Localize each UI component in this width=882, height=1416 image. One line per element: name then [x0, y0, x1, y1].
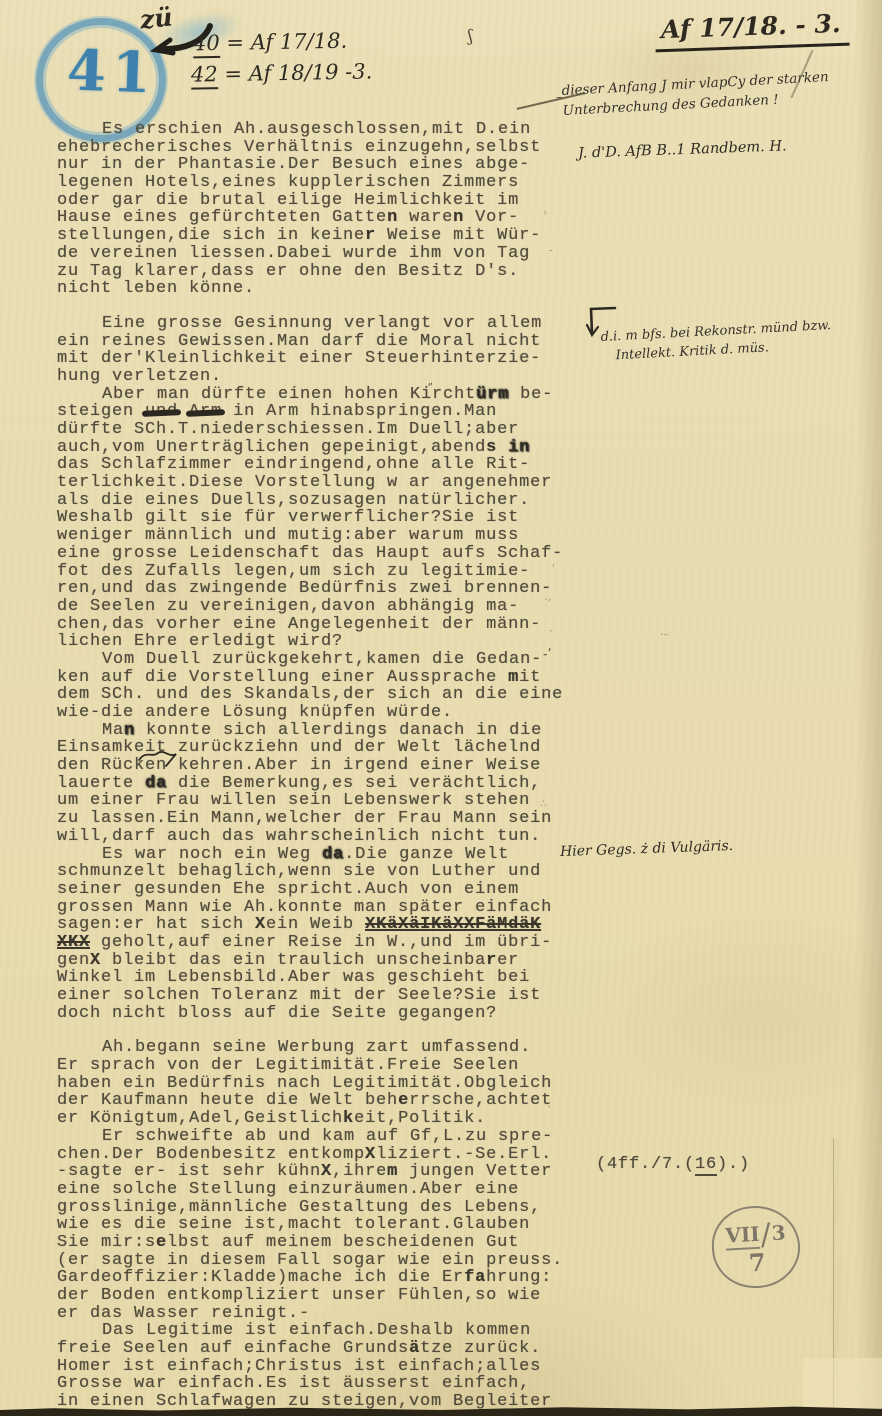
typescript-line: nicht leben könne. — [57, 280, 587, 298]
header-margin-note: dieser Anfang J mir vlapCy der starken U… — [561, 67, 830, 121]
typescript-line: will,darf auch das wahrscheinlich nicht … — [57, 828, 587, 846]
typescript-blank-line — [57, 298, 587, 315]
typescript-text: auch,vom Unerträglichen gepeinigt,abend — [57, 438, 486, 457]
typescript-text: wie es die seine ist,macht tolerant.Glau… — [57, 1215, 530, 1234]
typescript-line: schmunzelt behaglich,wenn sie von Luther… — [57, 863, 587, 881]
typescript-line: Er sprach von der Legitimität.Freie Seel… — [57, 1057, 587, 1075]
typescript-text: ware — [398, 208, 453, 227]
typescript-line: Grosse war einfach.Es ist äusserst einfa… — [57, 1375, 587, 1393]
pencil-badge-right: 3 — [771, 1220, 786, 1245]
typescript-line: -sagte er- ist sehr kühnX,ihrem jungen V… — [57, 1163, 587, 1181]
typescript-text: m — [508, 668, 519, 687]
typescript-text: weniger männlich und mutig:aber warum mu… — [57, 526, 519, 545]
typescript-text: X — [321, 1162, 332, 1181]
typescript-text: nicht leben könne. — [57, 279, 255, 298]
typescript-line: grossen Mann wie Ah.konnte man später ei… — [57, 899, 587, 917]
typescript-line: fot des Zufalls legen,um sich zu legitim… — [57, 563, 587, 581]
typescript-text: der Boden entkompliziert unser Fühlen,so… — [57, 1286, 541, 1305]
typescript-text: dem SCh. und des Skandals,der sich an di… — [57, 685, 563, 704]
typescript-text: stellungen,die sich in keine — [57, 226, 365, 245]
typescript-text: Gardeoffizier:Kladde)mache ich die Er — [57, 1268, 464, 1287]
typescript-text: bleibt das ein traulich unscheinba — [101, 951, 486, 970]
typescript-line: auch,vom Unerträglichen gepeinigt,abends… — [57, 439, 587, 457]
typescript-line: lauerte da die Bemerkung,es sei verächtl… — [57, 775, 587, 793]
pencil-badge-circle: VII/3 7 — [710, 1204, 802, 1290]
folio-ref-2-text: = Af 18/19 -3. — [224, 59, 372, 86]
typescript-line: genX bleibt das ein traulich unscheinbar… — [57, 952, 587, 970]
typescript-text: schmunzelt behaglich,wenn sie von Luther… — [57, 862, 541, 881]
typescript-text: ä — [409, 1339, 420, 1358]
typescript-line: hung verletzen. — [57, 368, 587, 386]
typescript-line: Homer ist einfach;Christus ist einfach;a… — [57, 1358, 587, 1376]
typescript-text: ,ihre — [332, 1162, 387, 1181]
folio-ref-2-number: 42 — [191, 62, 218, 89]
typescript-text: de Seelen zu vereinigen,davon abhängig m… — [57, 597, 519, 616]
header-signature: Af 17/18. - 3. — [654, 9, 849, 53]
typescript-text: (er sagte in diesem Fall sogar wie ein p… — [57, 1251, 563, 1270]
manuscript-page: { "colors":{"paper":"#e9deb3","type_ink"… — [0, 0, 882, 1416]
typescript-line: eine solche Stellung einzuräumen.Aber ei… — [57, 1181, 587, 1199]
typescript-line: eine grosse Leidenschaft das Haupt aufs … — [57, 545, 587, 563]
typescript-text: doch nicht bloss auf die Seite gegangen? — [57, 1004, 497, 1023]
typescript-text: n — [387, 208, 398, 227]
typescript-text: haben ein Bedürfnis nach Legitimität.Obg… — [57, 1074, 552, 1093]
typescript-line: mit der'Kleinlichkeit einer Steuerhinter… — [57, 350, 587, 368]
typescript-line: er das Wasser reinigt.- — [57, 1305, 587, 1323]
typescript-line: Gardeoffizier:Kladde)mache ich die Erfah… — [57, 1269, 587, 1287]
typescript-line: um einer Frau willen sein Lebenswerk ste… — [57, 792, 587, 810]
typescript-text: zu lassen.Ein Mann,welcher der Frau Mann… — [57, 809, 552, 828]
typescript-text: er Königtum,Adel,Geistlich — [57, 1109, 343, 1128]
typescript-text: tze zurück. — [420, 1339, 541, 1358]
typescript-line: in einen Schlafwagen zu steigen,vom Begl… — [57, 1393, 587, 1411]
typescript-text: da — [145, 774, 167, 793]
typescript-line: Sie mir:selbst auf meinem bescheidenen G… — [57, 1234, 587, 1252]
typescript-line: Aber man dürfte einen hohen Kirchtürm be… — [57, 386, 587, 404]
typescript-line: XKX geholt,auf einer Reise in W.,und im … — [57, 934, 587, 952]
typescript-line: Ah.begann seine Werbung zart umfassend. — [57, 1039, 587, 1057]
typescript-text: grosslinige,männliche Gestaltung des Leb… — [57, 1198, 541, 1217]
typescript-text: fot des Zufalls legen,um sich zu legitim… — [57, 562, 530, 581]
typescript-text: rrsche,achtet — [409, 1091, 552, 1110]
typescript-text: er das Wasser reinigt.- — [57, 1304, 310, 1323]
typescript-line: freie Seelen auf einfache Grundsätze zur… — [57, 1340, 587, 1358]
typescript-text: konnte sich allerdings danach in die — [135, 721, 542, 740]
typescript-text: r — [486, 951, 497, 970]
folio-ref-2: 42 = Af 18/19 -3. — [191, 59, 373, 86]
typescript-text: Ma — [102, 721, 124, 740]
typescript-text: eine grosse Leidenschaft das Haupt aufs … — [57, 544, 563, 563]
typescript-text: Er sprach von der Legitimität.Freie Seel… — [57, 1056, 519, 1075]
typescript-line: Es erschien Ah.ausgeschlossen,mit D.ein — [57, 121, 587, 139]
typescript-line: Eine grosse Gesinnung verlangt vor allem — [57, 315, 587, 333]
typescript-text: s — [486, 438, 497, 457]
typescript-line: Hause eines gefürchteten Gatten waren Vo… — [57, 209, 587, 227]
typescript-line: stellungen,die sich in keiner Weise mit … — [57, 227, 587, 245]
typescript-text: hrung: — [486, 1268, 552, 1287]
typescript-line: dürfte SCh.T.niederschiessen.Im Duell;ab… — [57, 421, 587, 439]
typescript-line: zu lassen.Ein Mann,welcher der Frau Mann… — [57, 810, 587, 828]
typescript-text: geholt,auf einer Reise in W.,und im übri… — [90, 933, 552, 952]
typescript-text: ein reines Gewissen.Man darf die Moral n… — [57, 332, 541, 351]
typescript-text: X — [365, 1145, 376, 1164]
typed-reference-post: ).) — [717, 1155, 750, 1174]
typescript-text: Das Legitime ist einfach.Deshalb kommen — [102, 1321, 531, 1340]
typescript-text: da — [322, 845, 344, 864]
typescript-line: lichen Ehre erledigt wird? — [57, 633, 587, 651]
typescript-text: Vor- — [464, 208, 519, 227]
typescript-text: ken auf die Vorstellung einer Aussprache — [57, 668, 508, 687]
margin-note-rekonstr: d.i. m bfs. bei Rekonstr. münd bzw. Inte… — [600, 316, 832, 366]
typescript-text: Es war noch ein Weg — [102, 845, 322, 864]
typescript-line: Vom Duell zurückgekehrt,kamen die Gedan- — [57, 651, 587, 669]
typescript-line: haben ein Bedürfnis nach Legitimität.Obg… — [57, 1075, 587, 1093]
typescript-line: ein reines Gewissen.Man darf die Moral n… — [57, 333, 587, 351]
typescript-text: Einsamkeit zurückziehn und der Welt läch… — [57, 738, 541, 757]
paper-corner-patch — [803, 1358, 882, 1412]
typescript-text: die Bemerkung,es sei verächtlich, — [167, 774, 541, 793]
typescript-body: Es erschien Ah.ausgeschlossen,mit D.eine… — [57, 121, 587, 1411]
typescript-line: seiner gesunden Ehe spricht.Auch von ein… — [57, 881, 587, 899]
typescript-text: grossen Mann wie Ah.konnte man später ei… — [57, 898, 552, 917]
typescript-text: ein Weib — [266, 915, 365, 934]
typescript-text: Es erschien Ah.ausgeschlossen,mit D.ein — [102, 120, 531, 139]
typescript-blank-line — [57, 1022, 587, 1039]
typescript-text: jungen Vetter — [398, 1162, 552, 1181]
typescript-text: de vereinen liessen.Dabei wurde ihm von … — [57, 244, 530, 263]
typescript-line: steigen und Arm in Arm hinabspringen.Man — [57, 403, 587, 421]
typescript-line: als die eines Duells,sozusagen natürlich… — [57, 492, 587, 510]
typescript-text: der Kaufmann heute die Welt beh — [57, 1091, 398, 1110]
typescript-text: e — [156, 1233, 167, 1252]
typescript-line: er Königtum,Adel,Geistlichkeit,Politik. — [57, 1110, 587, 1128]
typescript-text: zu Tag klarer,dass er ohne den Besitz D'… — [57, 262, 519, 281]
typescript-text: oder gar die brutal eilige Heimlichkeit … — [57, 191, 519, 210]
typescript-line: ken auf die Vorstellung einer Aussprache… — [57, 669, 587, 687]
typescript-text: das Schlafzimmer eindringend,ohne alle R… — [57, 455, 530, 474]
typed-reference-pre: (4ff./7.( — [596, 1155, 695, 1174]
typescript-text: Weshalb gilt sie für verwerflicher?Sie i… — [57, 508, 519, 527]
typescript-text: Hause eines gefürchteten Gatte — [57, 208, 387, 227]
typescript-line: der Kaufmann heute die Welt beherrsche,a… — [57, 1092, 587, 1110]
typescript-text: e — [398, 1091, 409, 1110]
typescript-text: Er schweifte ab und kam auf Gf,L.zu spre… — [102, 1127, 553, 1146]
typescript-line: chen.Der Bodenbesitz entkompXliziert.-Se… — [57, 1146, 587, 1164]
typescript-text: er — [497, 951, 519, 970]
page-number-stamp: 41 — [66, 37, 158, 106]
typescript-line: wie es die seine ist,macht tolerant.Glau… — [57, 1216, 587, 1234]
pencil-badge-roman: VII — [725, 1222, 761, 1251]
typescript-text: Aber man dürfte einen hohen Kircht — [102, 385, 476, 404]
typescript-text: be- — [509, 385, 553, 404]
typescript-line: oder gar die brutal eilige Heimlichkeit … — [57, 192, 587, 210]
typescript-line: legenen Hotels,eines kupplerischen Zimme… — [57, 174, 587, 192]
typescript-text: chen,das vorher eine Angelegenheit der m… — [57, 615, 541, 634]
typescript-text — [497, 438, 508, 457]
typescript-text: Sie mir:s — [57, 1233, 156, 1252]
typescript-line: doch nicht bloss auf die Seite gegangen? — [57, 1005, 587, 1023]
typescript-line: sagen:er hat sich Xein Weib XKäXäIKäXXFä… — [57, 916, 587, 934]
typescript-text: seiner gesunden Ehe spricht.Auch von ein… — [57, 880, 519, 899]
margin-note-randbem: J. d'D. AfB B..1 Randbem. H. — [578, 138, 787, 161]
typescript-text: gen — [57, 951, 90, 970]
typescript-line: grosslinige,männliche Gestaltung des Leb… — [57, 1199, 587, 1217]
typed-reference-number: 16 — [695, 1155, 717, 1176]
typescript-text: eit,Politik. — [354, 1109, 486, 1128]
paper-edge-shadow — [856, 0, 882, 1416]
typescript-line: ren,und das zwingende Bedürfnis zwei bre… — [57, 580, 587, 598]
typescript-line: de vereinen liessen.Dabei wurde ihm von … — [57, 245, 587, 263]
typescript-text: und — [145, 402, 178, 421]
typescript-line: Das Legitime ist einfach.Deshalb kommen — [57, 1322, 587, 1340]
typescript-text: lichen Ehre erledigt wird? — [57, 632, 343, 651]
typescript-text: einer solchen Toleranz mit der Seele?Sie… — [57, 986, 541, 1005]
typescript-text: Arm — [189, 402, 222, 421]
typescript-line: Weshalb gilt sie für verwerflicher?Sie i… — [57, 509, 587, 527]
typescript-text: in Arm hinabspringen.Man — [222, 402, 497, 421]
typescript-line: einer solchen Toleranz mit der Seele?Sie… — [57, 987, 587, 1005]
typescript-text: Winkel im Lebensbild.Aber was geschieht … — [57, 968, 530, 987]
typescript-text: -sagte er- ist sehr kühn — [57, 1162, 321, 1181]
typescript-text: XKäXäIKäXXFäMdäK — [365, 915, 541, 934]
typescript-text: steigen — [57, 402, 145, 421]
typescript-text: X — [255, 915, 266, 934]
typescript-line: de Seelen zu vereinigen,davon abhängig m… — [57, 598, 587, 616]
typescript-line: zu Tag klarer,dass er ohne den Besitz D'… — [57, 263, 587, 281]
typescript-text: dürfte SCh.T.niederschiessen.Im Duell;ab… — [57, 420, 519, 439]
typescript-text: r — [365, 226, 376, 245]
typescript-line: das Schlafzimmer eindringend,ohne alle R… — [57, 456, 587, 474]
typescript-text: will,darf auch das wahrscheinlich nicht … — [57, 827, 541, 846]
typescript-line: ehebrecherisches Verhältnis einzugehn,se… — [57, 139, 587, 157]
margin-tick-mark: ʃ — [467, 26, 473, 45]
typescript-line: Er schweifte ab und kam auf Gf,L.zu spre… — [57, 1128, 587, 1146]
typescript-line: den Rücken kehren.Aber in irgend einer W… — [57, 757, 587, 775]
typescript-text: lbst auf meinem bescheidenen Gut — [167, 1233, 519, 1252]
typescript-line: der Boden entkompliziert unser Fühlen,so… — [57, 1287, 587, 1305]
typescript-line: wie-die andere Lösung knüpfen würde. — [57, 704, 587, 722]
typescript-text: Ah.begann seine Werbung zart umfassend. — [102, 1038, 531, 1057]
typescript-line: Es war noch ein Weg da.Die ganze Welt — [57, 846, 587, 864]
typescript-text: in — [508, 438, 530, 457]
typescript-line: nur in der Phantasie.Der Besuch eines ab… — [57, 156, 587, 174]
typescript-text: terlichkeit.Diese Vorstellung w ar angen… — [57, 473, 552, 492]
typescript-text: k — [343, 1109, 354, 1128]
typescript-text: Eine grosse Gesinnung verlangt vor allem — [102, 314, 542, 333]
typescript-text: hung verletzen. — [57, 367, 222, 386]
folio-ref-1-text: = Af 17/18. — [226, 29, 347, 55]
pencil-badge-bottom: 7 — [748, 1248, 766, 1278]
typescript-text: XKX — [57, 933, 90, 952]
typescript-text: n — [124, 721, 135, 740]
typescript-text: Weise mit Wür- — [376, 226, 541, 245]
typescript-line: weniger männlich und mutig:aber warum mu… — [57, 527, 587, 545]
typescript-text: .Die ganze Welt — [344, 845, 509, 864]
typescript-text: legenen Hotels,eines kupplerischen Zimme… — [57, 173, 519, 192]
typescript-line: terlichkeit.Diese Vorstellung w ar angen… — [57, 474, 587, 492]
folio-ref-1: 40 = Af 17/18. — [193, 29, 348, 56]
typescript-text: m — [387, 1162, 398, 1181]
typescript-text: it — [519, 668, 541, 687]
typescript-line: (er sagte in diesem Fall sogar wie ein p… — [57, 1252, 587, 1270]
typescript-text: um einer Frau willen sein Lebenswerk ste… — [57, 791, 530, 810]
typescript-text: liziert.-Se.Erl. — [376, 1145, 552, 1164]
typescript-text: wie-die andere Lösung knüpfen würde. — [57, 703, 453, 722]
margin-tick-mark: ·– — [660, 628, 669, 641]
typescript-text: X — [90, 951, 101, 970]
typescript-line: dem SCh. und des Skandals,der sich an di… — [57, 686, 587, 704]
typescript-text: lauerte — [57, 774, 145, 793]
typescript-line: Man konnte sich allerdings danach in die — [57, 722, 587, 740]
typescript-line: chen,das vorher eine Angelegenheit der m… — [57, 616, 587, 634]
typescript-text: ürm — [476, 385, 509, 404]
typescript-text: als die eines Duells,sozusagen natürlich… — [57, 491, 530, 510]
typescript-text: Homer ist einfach;Christus ist einfach;a… — [57, 1357, 541, 1376]
typescript-text: fa — [464, 1268, 486, 1287]
typescript-text: den Rücken kehren.Aber in irgend einer W… — [57, 756, 541, 775]
typescript-text: eine solche Stellung einzuräumen.Aber ei… — [57, 1180, 519, 1199]
typescript-text: chen.Der Bodenbesitz entkomp — [57, 1145, 365, 1164]
typescript-text: Vom Duell zurückgekehrt,kamen die Gedan- — [102, 650, 542, 669]
typescript-line: Einsamkeit zurückziehn und der Welt läch… — [57, 739, 587, 757]
typed-reference: (4ff./7.(16).) — [596, 1155, 750, 1174]
typescript-line: Winkel im Lebensbild.Aber was geschieht … — [57, 969, 587, 987]
folio-ref-1-number: 40 — [193, 31, 220, 58]
typescript-text: nur in der Phantasie.Der Besuch eines ab… — [57, 155, 530, 174]
typescript-text: ren,und das zwingende Bedürfnis zwei bre… — [57, 579, 552, 598]
typescript-text: n — [453, 208, 464, 227]
typescript-text: mit der'Kleinlichkeit einer Steuerhinter… — [57, 349, 541, 368]
typescript-text: Grosse war einfach.Es ist äusserst einfa… — [57, 1374, 530, 1393]
typescript-text: sagen:er hat sich — [57, 915, 255, 934]
typescript-text: ehebrecherisches Verhältnis einzugehn,se… — [57, 138, 541, 157]
typescript-text: freie Seelen auf einfache Grunds — [57, 1339, 409, 1358]
